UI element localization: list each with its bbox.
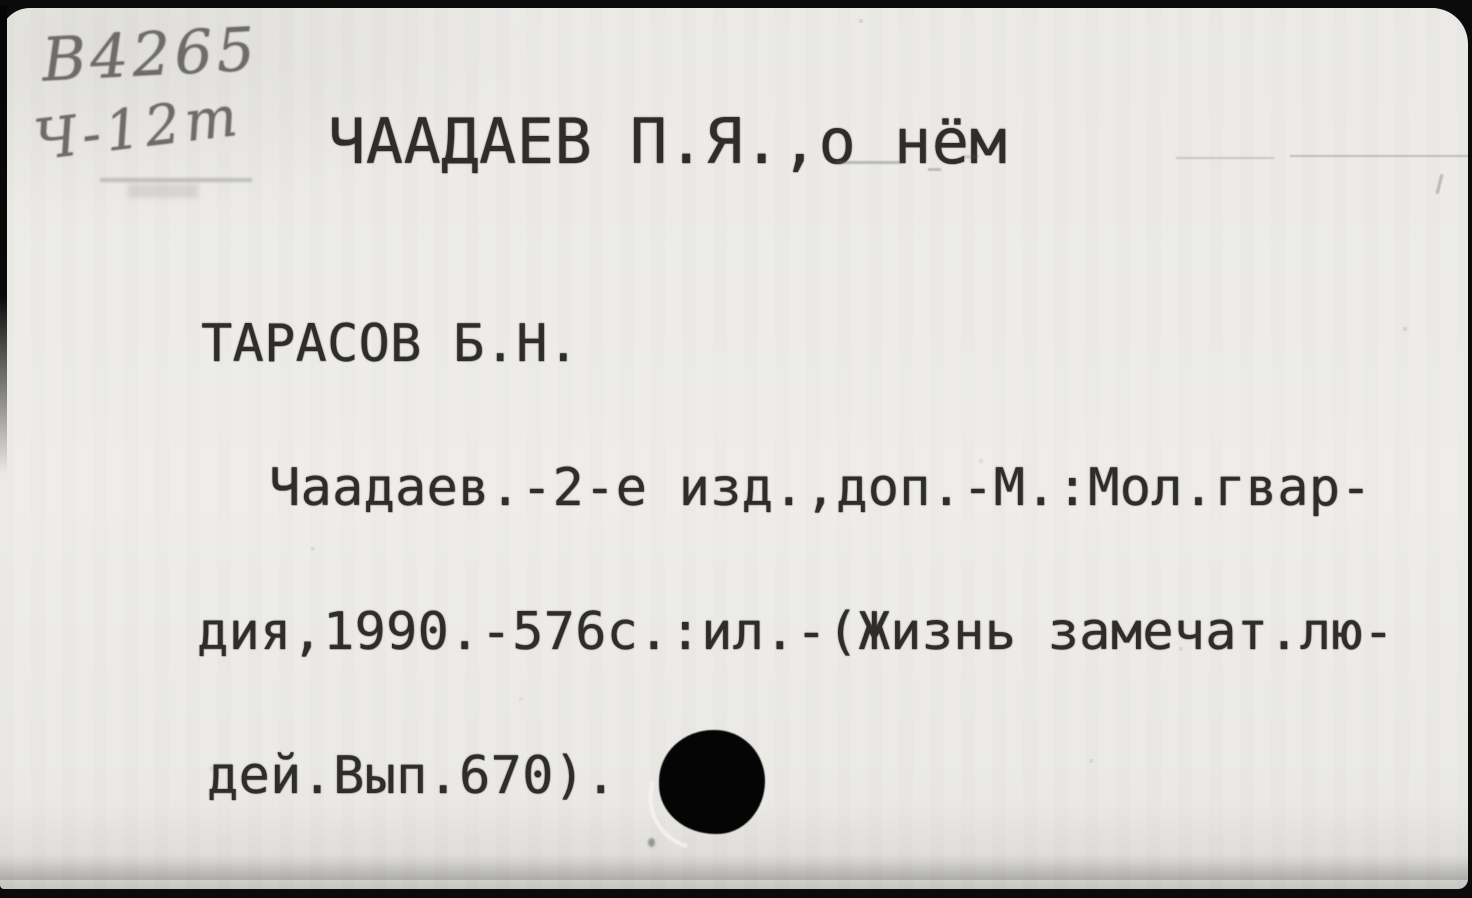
entry-body-line: дия,1990.-576с.:ил.-(Жизнь замечат.лю- bbox=[197, 608, 1394, 656]
card-heading-subject: ЧААДАЕВ П.Я.,о нём bbox=[328, 111, 1007, 173]
pencil-dash-mark bbox=[836, 161, 902, 164]
entry-author: ТАРАСОВ Б.Н. bbox=[201, 320, 1394, 368]
left-scan-edge bbox=[0, 6, 7, 474]
pencil-tick-mark bbox=[1436, 174, 1444, 194]
pencil-dash-mark bbox=[1176, 157, 1274, 159]
pencil-dash-mark bbox=[1290, 155, 1468, 157]
pencil-dash-mark bbox=[928, 168, 941, 171]
bibliographic-entry: ТАРАСОВ Б.Н. Чаадаев.-2-е изд.,доп.-М.:М… bbox=[197, 224, 1394, 889]
scanned-catalog-card-screen: В4265 Ч-12т ЧААДАЕВ П.Я.,о нём ТАРАСОВ Б… bbox=[0, 0, 1472, 898]
erased-pencil-mark bbox=[100, 178, 252, 182]
erased-pencil-smudge bbox=[128, 184, 198, 198]
handwritten-call-number-line1: В4265 bbox=[40, 14, 260, 95]
ink-speck bbox=[648, 838, 655, 847]
entry-body-line: дей.Вып.670). bbox=[207, 752, 1394, 800]
entry-body-line: Чаадаев.-2-е изд.,доп.-М.:Мол.гвар- bbox=[269, 464, 1394, 512]
handwritten-call-number-line2: Ч-12т bbox=[31, 84, 245, 173]
